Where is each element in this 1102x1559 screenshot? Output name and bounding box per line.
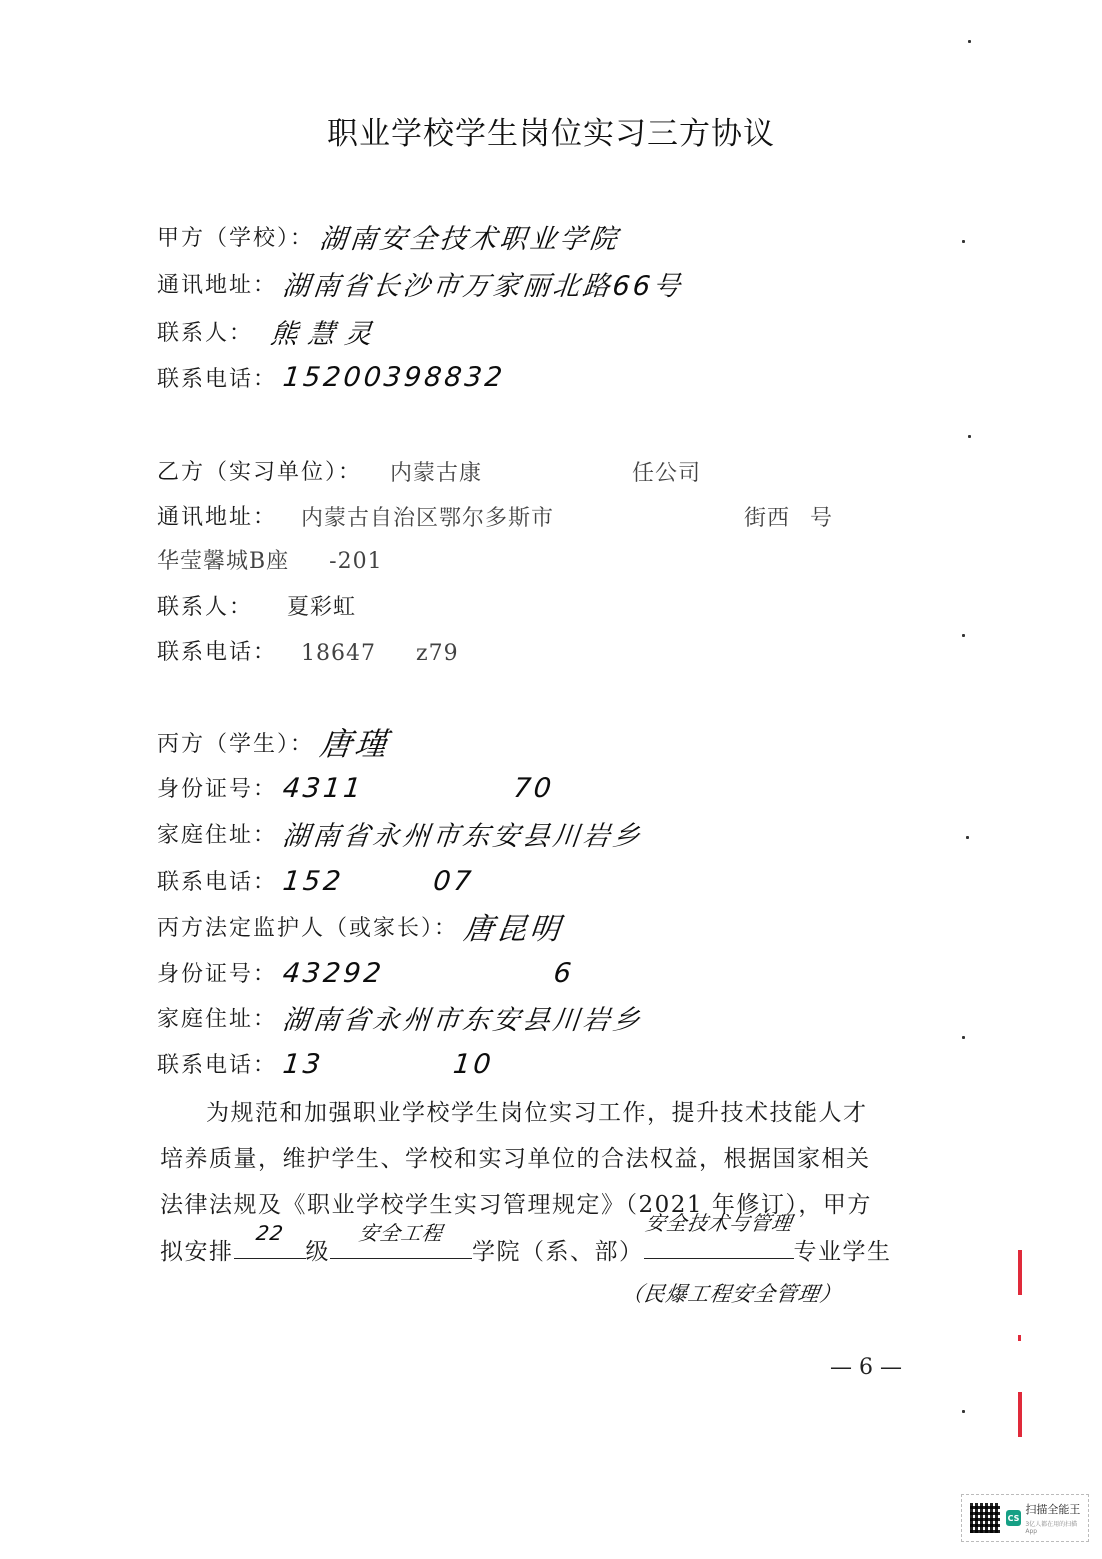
party-c-name-row: 丙方（学生）： 唐瑾: [157, 722, 390, 762]
scan-speck: [968, 40, 971, 43]
party-c-id-visible: 4311: [281, 773, 365, 804]
party-b-contact-row: 联系人： 夏彩虹: [157, 585, 356, 625]
guardian-phone-row: 联系电话： 1310: [157, 1043, 494, 1083]
preamble-line-1: 为规范和加强职业学校学生岗位实习工作，提升技术技能人才: [160, 1090, 905, 1136]
party-b-address-suffix: 街西: [744, 506, 790, 531]
redacted-block: [363, 771, 516, 797]
party-a-address-row: 通讯地址： 湖南省长沙市万家丽北路66号: [157, 263, 683, 303]
party-a-address-label: 通讯地址：: [157, 268, 277, 299]
party-a-address: 湖南省长沙市万家丽北路66号: [281, 264, 685, 303]
party-b-phone-suffix: z79: [416, 641, 459, 666]
scan-speck: [962, 240, 965, 243]
scanner-watermark: CS 扫描全能王 3亿人都在用的扫描App: [961, 1494, 1089, 1542]
scan-speck: [966, 836, 969, 839]
party-c-id-row: 身份证号： 431170: [157, 767, 554, 807]
scan-speck: [962, 1036, 965, 1039]
party-b-label: 乙方（实习单位）：: [157, 455, 362, 486]
redacted-block: [322, 1047, 455, 1073]
redacted-block: [383, 956, 556, 982]
grade-field: 22: [234, 1228, 306, 1259]
major-suffix: 专业学生: [794, 1239, 892, 1265]
watermark-text: 扫描全能王 3亿人都在用的扫描App: [1025, 1501, 1088, 1535]
party-b-address-label: 通讯地址：: [157, 500, 277, 531]
redacted-block: [554, 499, 744, 525]
party-b-name-visible: 内蒙古康: [390, 461, 482, 486]
college-suffix: 学院（系、部）: [472, 1239, 644, 1265]
watermark-tagline: 3亿人都在用的扫描App: [1025, 1519, 1088, 1535]
red-seal-fragment-mid: [996, 1335, 1021, 1341]
app-badge-icon: CS: [1006, 1510, 1022, 1526]
qr-code-icon: [970, 1503, 1000, 1533]
party-b-contact: 夏彩虹: [287, 590, 356, 621]
red-seal-fragment-top: [996, 1250, 1022, 1295]
major-field: 安全技术与管理: [644, 1228, 794, 1259]
party-c-id-label: 身份证号：: [157, 772, 277, 803]
party-b-address-line2-row: 华莹馨城B座-201: [157, 538, 383, 578]
party-b-name-row: 乙方（实习单位）： 内蒙古康任公司: [157, 450, 701, 490]
party-c-phone-suffix: 07: [432, 866, 476, 897]
party-c-label: 丙方（学生）：: [157, 727, 314, 758]
guardian-name: 唐昆明: [462, 904, 566, 948]
party-b-address-row: 通讯地址： 内蒙古自治区鄂尔多斯市街西号: [157, 495, 833, 535]
party-a-contact: 熊慧灵: [269, 312, 384, 351]
party-b-phone-row: 联系电话： 18647z79: [157, 630, 459, 670]
party-b-address-line2-suffix: -201: [329, 549, 382, 574]
document-title: 职业学校学生岗位实习三方协议: [0, 108, 1102, 153]
major-value: 安全技术与管理: [640, 1200, 796, 1246]
party-c-phone-label: 联系电话：: [157, 865, 277, 896]
party-a-phone-label: 联系电话：: [157, 362, 277, 393]
college-field: 安全工程: [330, 1228, 472, 1259]
party-c-name: 唐瑾: [318, 719, 393, 765]
redacted-block: [343, 864, 436, 890]
major-note: （民爆工程安全管理）: [620, 1278, 844, 1308]
scan-speck: [968, 435, 971, 438]
guardian-phone-visible: 13: [281, 1049, 325, 1080]
guardian-id-label: 身份证号：: [157, 957, 277, 988]
party-a-contact-label: 联系人：: [157, 316, 253, 347]
redacted-block: [289, 542, 329, 568]
red-seal-fragment-bottom: [996, 1392, 1022, 1437]
arrange-prefix: 拟安排: [160, 1239, 234, 1265]
party-c-address-row: 家庭住址： 湖南省永州市东安县川岩乡: [157, 813, 643, 853]
party-a-label: 甲方（学校）：: [157, 221, 314, 252]
preamble-line-4: 拟安排22级安全工程学院（系、部）安全技术与管理专业学生: [160, 1228, 905, 1275]
guardian-id-suffix: 6: [552, 958, 575, 989]
watermark-app-name: 扫描全能王: [1025, 1501, 1088, 1517]
redacted-block: [790, 499, 810, 525]
scan-speck: [962, 634, 965, 637]
party-c-address: 湖南省永州市东安县川岩乡: [281, 814, 645, 853]
party-c-phone: 15207: [281, 864, 475, 897]
party-b-address-line1: 内蒙古自治区鄂尔多斯市街西号: [301, 499, 833, 532]
grade-value: 22: [230, 1210, 308, 1256]
party-b-phone: 18647z79: [301, 634, 459, 666]
college-value: 安全工程: [327, 1210, 475, 1256]
party-a-phone: 15200398832: [281, 362, 506, 393]
party-b-address-visible: 内蒙古自治区鄂尔多斯市: [301, 506, 554, 531]
party-a-phone-row: 联系电话： 15200398832: [157, 357, 505, 397]
party-b-phone-visible: 18647: [301, 641, 376, 666]
guardian-address-label: 家庭住址：: [157, 1002, 277, 1033]
party-b-contact-label: 联系人：: [157, 590, 253, 621]
party-c-phone-visible: 152: [281, 866, 345, 897]
guardian-label: 丙方法定监护人（或家长）：: [157, 911, 458, 942]
guardian-id: 432926: [281, 956, 576, 989]
party-b-name-suffix: 任公司: [632, 461, 701, 486]
guardian-phone: 1310: [281, 1047, 495, 1080]
scan-speck: [962, 1410, 965, 1413]
party-a-name: 湖南安全技术职业学院: [318, 217, 622, 256]
guardian-phone-suffix: 10: [452, 1049, 496, 1080]
party-b-phone-label: 联系电话：: [157, 635, 277, 666]
party-b-address-line2: 华莹馨城B座-201: [157, 542, 383, 575]
party-a-name-row: 甲方（学校）： 湖南安全技术职业学院: [157, 216, 620, 256]
party-c-id: 431170: [281, 771, 556, 804]
redacted-block: [376, 634, 416, 660]
guardian-id-visible: 43292: [281, 958, 385, 989]
preamble-line-2: 培养质量，维护学生、学校和实习单位的合法权益，根据国家相关: [160, 1136, 905, 1182]
guardian-name-row: 丙方法定监护人（或家长）： 唐昆明: [157, 906, 563, 946]
preamble-paragraph: 为规范和加强职业学校学生岗位实习工作，提升技术技能人才 培养质量，维护学生、学校…: [160, 1090, 905, 1275]
page-number: — 6 —: [830, 1355, 902, 1380]
party-b-address-end: 号: [810, 506, 833, 531]
guardian-id-row: 身份证号： 432926: [157, 952, 574, 992]
party-c-id-suffix: 70: [512, 773, 556, 804]
party-a-contact-row: 联系人： 熊慧灵: [157, 311, 382, 351]
party-b-address-line2-visible: 华莹馨城B座: [157, 549, 289, 574]
guardian-address-row: 家庭住址： 湖南省永州市东安县川岩乡: [157, 997, 643, 1037]
party-b-name: 内蒙古康任公司: [390, 454, 701, 487]
guardian-address: 湖南省永州市东安县川岩乡: [281, 998, 645, 1037]
party-c-phone-row: 联系电话： 15207: [157, 860, 474, 900]
guardian-phone-label: 联系电话：: [157, 1048, 277, 1079]
redacted-block: [482, 454, 632, 480]
party-c-address-label: 家庭住址：: [157, 818, 277, 849]
